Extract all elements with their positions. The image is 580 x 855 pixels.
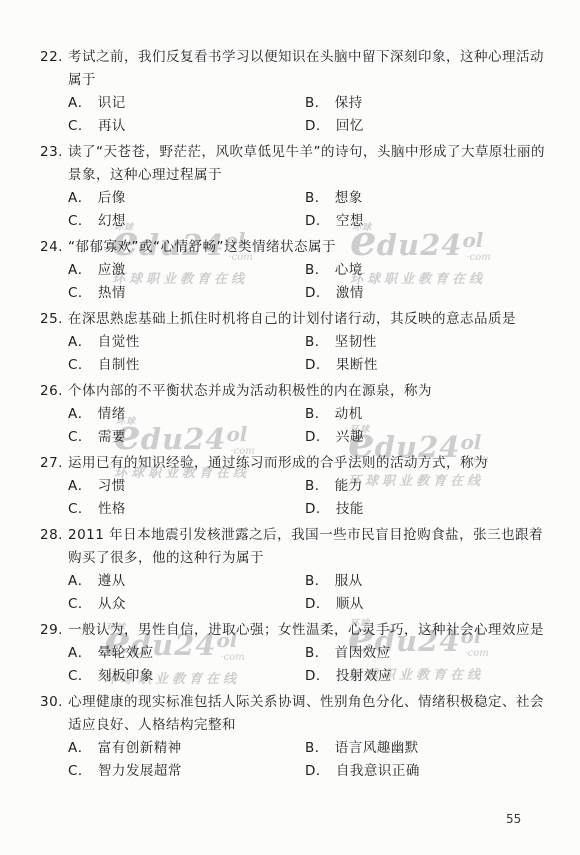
question-text: 在深思熟虑基础上抓住时机将自己的计划付诸行动，其反映的意志品质是 [68, 308, 554, 331]
option-text: 刻板印象 [98, 665, 154, 688]
option-text: 富有创新精神 [98, 737, 182, 760]
option-c: C．刻板印象 [68, 665, 305, 688]
option-d: D．激情 [305, 282, 554, 305]
option-text: 能力 [335, 475, 363, 498]
option-key: A． [68, 737, 92, 760]
option-key: C． [68, 115, 92, 138]
option-key: A． [68, 642, 92, 665]
option-text: 兴趣 [336, 426, 364, 449]
options: A．后像 B．想象 C．幻想 D．空想 [68, 187, 554, 233]
question-number: 23. [40, 141, 68, 164]
option-text: 识记 [98, 92, 126, 115]
question-text: “郁郁寡欢”或“心情舒畅”这类情绪状态属于 [68, 236, 554, 259]
question-23: 23. 读了“天苍苍，野茫茫，风吹草低见牛羊”的诗句，头脑中形成了大草原壮丽的景… [40, 141, 554, 233]
question-24: 24. “郁郁寡欢”或“心情舒畅”这类情绪状态属于 A．应激 B．心境 C．热情… [40, 236, 554, 305]
option-d: D．投射效应 [305, 665, 554, 688]
option-key: D． [305, 115, 330, 138]
option-text: 保持 [335, 92, 363, 115]
option-c: C．性格 [68, 498, 305, 521]
option-text: 服从 [335, 570, 363, 593]
option-text: 坚韧性 [335, 331, 377, 354]
option-text: 自制性 [98, 354, 140, 377]
option-key: A． [68, 331, 92, 354]
option-c: C．热情 [68, 282, 305, 305]
option-key: B． [305, 570, 329, 593]
option-text: 果断性 [336, 354, 378, 377]
options: A．晕轮效应 B．首因效应 C．刻板印象 D．投射效应 [68, 642, 554, 688]
option-key: D． [305, 593, 330, 616]
option-a: A．晕轮效应 [68, 642, 305, 665]
option-b: B．首因效应 [305, 642, 554, 665]
page-number: 55 [506, 812, 521, 826]
option-b: B．动机 [305, 403, 554, 426]
option-a: A．识记 [68, 92, 305, 115]
option-text: 首因效应 [335, 642, 391, 665]
option-text: 再认 [98, 115, 126, 138]
option-d: D．空想 [305, 210, 554, 233]
question-text: 个体内部的不平衡状态并成为活动积极性的内在源泉，称为 [68, 380, 554, 403]
option-c: C．需要 [68, 426, 305, 449]
option-key: C． [68, 665, 92, 688]
option-key: C． [68, 354, 92, 377]
option-key: C． [68, 426, 92, 449]
option-key: B． [305, 403, 329, 426]
option-key: D． [305, 426, 330, 449]
option-key: A． [68, 92, 92, 115]
question-25: 25. 在深思熟虑基础上抓住时机将自己的计划付诸行动，其反映的意志品质是 A．自… [40, 308, 554, 377]
option-text: 空想 [336, 210, 364, 233]
option-text: 回忆 [336, 115, 364, 138]
question-number: 28. [40, 524, 68, 547]
options: A．遵从 B．服从 C．从众 D．顺从 [68, 570, 554, 616]
option-d: D．回忆 [305, 115, 554, 138]
option-a: A．自觉性 [68, 331, 305, 354]
question-number: 29. [40, 619, 68, 642]
option-key: B． [305, 475, 329, 498]
option-key: D． [305, 498, 330, 521]
question-number: 24. [40, 236, 68, 259]
option-a: A．习惯 [68, 475, 305, 498]
question-26: 26. 个体内部的不平衡状态并成为活动积极性的内在源泉，称为 A．情绪 B．动机… [40, 380, 554, 449]
option-text: 需要 [98, 426, 126, 449]
option-key: A． [68, 259, 92, 282]
option-d: D．技能 [305, 498, 554, 521]
option-text: 晕轮效应 [98, 642, 154, 665]
options: A．富有创新精神 B．语言风趣幽默 C．智力发展超常 D．自我意识正确 [68, 737, 554, 783]
option-text: 技能 [336, 498, 364, 521]
option-key: D． [305, 665, 330, 688]
option-text: 自我意识正确 [336, 760, 420, 783]
question-29: 29. 一般认为，男性自信，进取心强；女性温柔，心灵手巧，这种社会心理效应是 A… [40, 619, 554, 688]
option-text: 性格 [98, 498, 126, 521]
option-key: C． [68, 498, 92, 521]
option-text: 想象 [335, 187, 363, 210]
option-key: B． [305, 92, 329, 115]
option-key: A． [68, 475, 92, 498]
option-text: 激情 [336, 282, 364, 305]
option-text: 后像 [98, 187, 126, 210]
option-b: B．服从 [305, 570, 554, 593]
option-b: B．坚韧性 [305, 331, 554, 354]
option-c: C．再认 [68, 115, 305, 138]
question-text: 一般认为，男性自信，进取心强；女性温柔，心灵手巧，这种社会心理效应是 [68, 619, 554, 642]
options: A．自觉性 B．坚韧性 C．自制性 D．果断性 [68, 331, 554, 377]
option-c: C．幻想 [68, 210, 305, 233]
option-c: C．从众 [68, 593, 305, 616]
option-text: 幻想 [98, 210, 126, 233]
question-text: 考试之前，我们反复看书学习以便知识在头脑中留下深刻印象，这种心理活动属于 [68, 46, 554, 92]
option-key: D． [305, 282, 330, 305]
option-text: 应激 [98, 259, 126, 282]
option-key: B． [305, 331, 329, 354]
option-text: 习惯 [98, 475, 126, 498]
option-b: B．心境 [305, 259, 554, 282]
option-text: 投射效应 [336, 665, 392, 688]
question-number: 26. [40, 380, 68, 403]
options: A．习惯 B．能力 C．性格 D．技能 [68, 475, 554, 521]
option-key: A． [68, 403, 92, 426]
option-d: D．自我意识正确 [305, 760, 554, 783]
option-a: A．应激 [68, 259, 305, 282]
option-text: 自觉性 [98, 331, 140, 354]
option-text: 热情 [98, 282, 126, 305]
option-key: B． [305, 642, 329, 665]
question-text: 读了“天苍苍，野茫茫，风吹草低见牛羊”的诗句，头脑中形成了大草原壮丽的景象，这种… [68, 141, 554, 187]
question-number: 27. [40, 452, 68, 475]
option-key: C． [68, 760, 92, 783]
question-text: 运用已有的知识经验，通过练习而形成的合乎法则的活动方式，称为 [68, 452, 554, 475]
option-text: 智力发展超常 [98, 760, 182, 783]
option-text: 从众 [98, 593, 126, 616]
option-d: D．顺从 [305, 593, 554, 616]
options: A．情绪 B．动机 C．需要 D．兴趣 [68, 403, 554, 449]
option-key: D． [305, 354, 330, 377]
option-key: C． [68, 210, 92, 233]
option-text: 顺从 [336, 593, 364, 616]
option-text: 遵从 [98, 570, 126, 593]
question-28: 28. 2011 年日本地震引发核泄露之后，我国一些市民盲目抢购食盐，张三也跟着… [40, 524, 554, 616]
option-b: B．语言风趣幽默 [305, 737, 554, 760]
question-number: 30. [40, 691, 68, 714]
question-27: 27. 运用已有的知识经验，通过练习而形成的合乎法则的活动方式，称为 A．习惯 … [40, 452, 554, 521]
option-key: B． [305, 187, 329, 210]
question-list: 22. 考试之前，我们反复看书学习以便知识在头脑中留下深刻印象，这种心理活动属于… [40, 46, 554, 786]
question-22: 22. 考试之前，我们反复看书学习以便知识在头脑中留下深刻印象，这种心理活动属于… [40, 46, 554, 138]
question-30: 30. 心理健康的现实标准包括人际关系协调、性别角色分化、情绪积极稳定、社会适应… [40, 691, 554, 783]
option-d: D．兴趣 [305, 426, 554, 449]
option-key: A． [68, 570, 92, 593]
option-b: B．能力 [305, 475, 554, 498]
option-key: A． [68, 187, 92, 210]
option-key: D． [305, 210, 330, 233]
option-key: B． [305, 737, 329, 760]
option-c: C．智力发展超常 [68, 760, 305, 783]
option-a: A．遵从 [68, 570, 305, 593]
option-key: B． [305, 259, 329, 282]
option-key: C． [68, 593, 92, 616]
option-d: D．果断性 [305, 354, 554, 377]
option-key: C． [68, 282, 92, 305]
option-text: 心境 [335, 259, 363, 282]
options: A．识记 B．保持 C．再认 D．回忆 [68, 92, 554, 138]
question-number: 25. [40, 308, 68, 331]
options: A．应激 B．心境 C．热情 D．激情 [68, 259, 554, 305]
option-a: A．富有创新精神 [68, 737, 305, 760]
option-text: 语言风趣幽默 [335, 737, 419, 760]
option-a: A．后像 [68, 187, 305, 210]
question-number: 22. [40, 46, 68, 69]
option-a: A．情绪 [68, 403, 305, 426]
option-b: B．保持 [305, 92, 554, 115]
option-key: D． [305, 760, 330, 783]
exam-scan-page: 环球 e du24 ol·com 环球职业教育在线 环球 e du24 ol·c… [0, 0, 580, 855]
option-c: C．自制性 [68, 354, 305, 377]
option-b: B．想象 [305, 187, 554, 210]
question-text: 2011 年日本地震引发核泄露之后，我国一些市民盲目抢购食盐，张三也跟着购买了很… [68, 524, 554, 570]
option-text: 情绪 [98, 403, 126, 426]
question-text: 心理健康的现实标准包括人际关系协调、性别角色分化、情绪积极稳定、社会适应良好、人… [68, 691, 554, 737]
option-text: 动机 [335, 403, 363, 426]
